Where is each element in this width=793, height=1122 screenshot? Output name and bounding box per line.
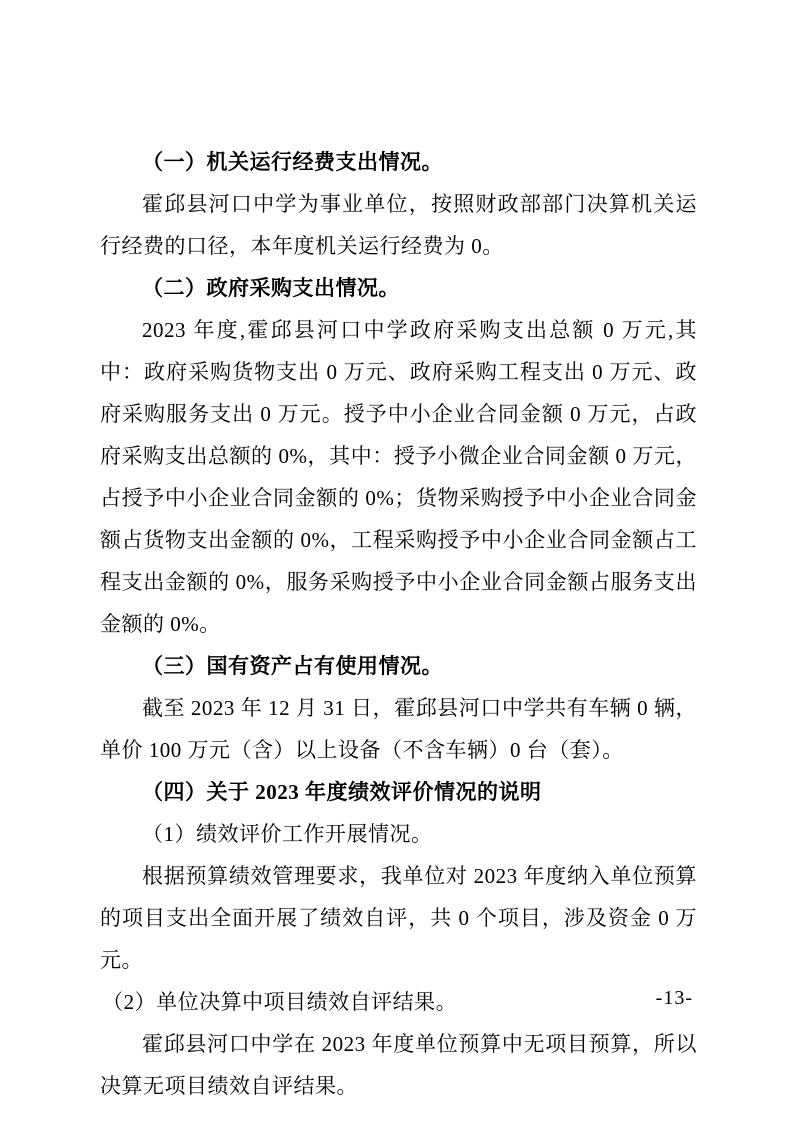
paragraph-state-assets: 截至 2023 年 12 月 31 日，霍邱县河口中学共有车辆 0 辆，单价 1… — [100, 687, 697, 771]
paragraph-agency-operating-expense: 霍邱县河口中学为事业单位，按照财政部部门决算机关运行经费的口径，本年度机关运行经… — [100, 183, 697, 267]
document-body: （一）机关运行经费支出情况。 霍邱县河口中学为事业单位，按照财政部部门决算机关运… — [100, 141, 697, 1107]
paragraph-performance-item-1: （1）绩效评价工作开展情况。 — [100, 813, 697, 855]
paragraph-performance-item-2: （2）单位决算中项目绩效自评结果。 — [100, 981, 697, 1023]
section-heading-1: （一）机关运行经费支出情况。 — [100, 141, 697, 183]
section-heading-2: （二）政府采购支出情况。 — [100, 267, 697, 309]
paragraph-government-procurement: 2023 年度,霍邱县河口中学政府采购支出总额 0 万元,其中：政府采购货物支出… — [100, 309, 697, 645]
paragraph-performance-result: 霍邱县河口中学在 2023 年度单位预算中无项目预算，所以决算无项目绩效自评结果… — [100, 1023, 697, 1107]
section-heading-4: （四）关于 2023 年度绩效评价情况的说明 — [100, 771, 697, 813]
section-heading-3: （三）国有资产占有使用情况。 — [100, 645, 697, 687]
document-page: （一）机关运行经费支出情况。 霍邱县河口中学为事业单位，按照财政部部门决算机关运… — [0, 0, 793, 1122]
page-number: -13- — [656, 983, 693, 1013]
paragraph-performance-self-evaluation: 根据预算绩效管理要求，我单位对 2023 年度纳入单位预算的项目支出全面开展了绩… — [100, 855, 697, 981]
